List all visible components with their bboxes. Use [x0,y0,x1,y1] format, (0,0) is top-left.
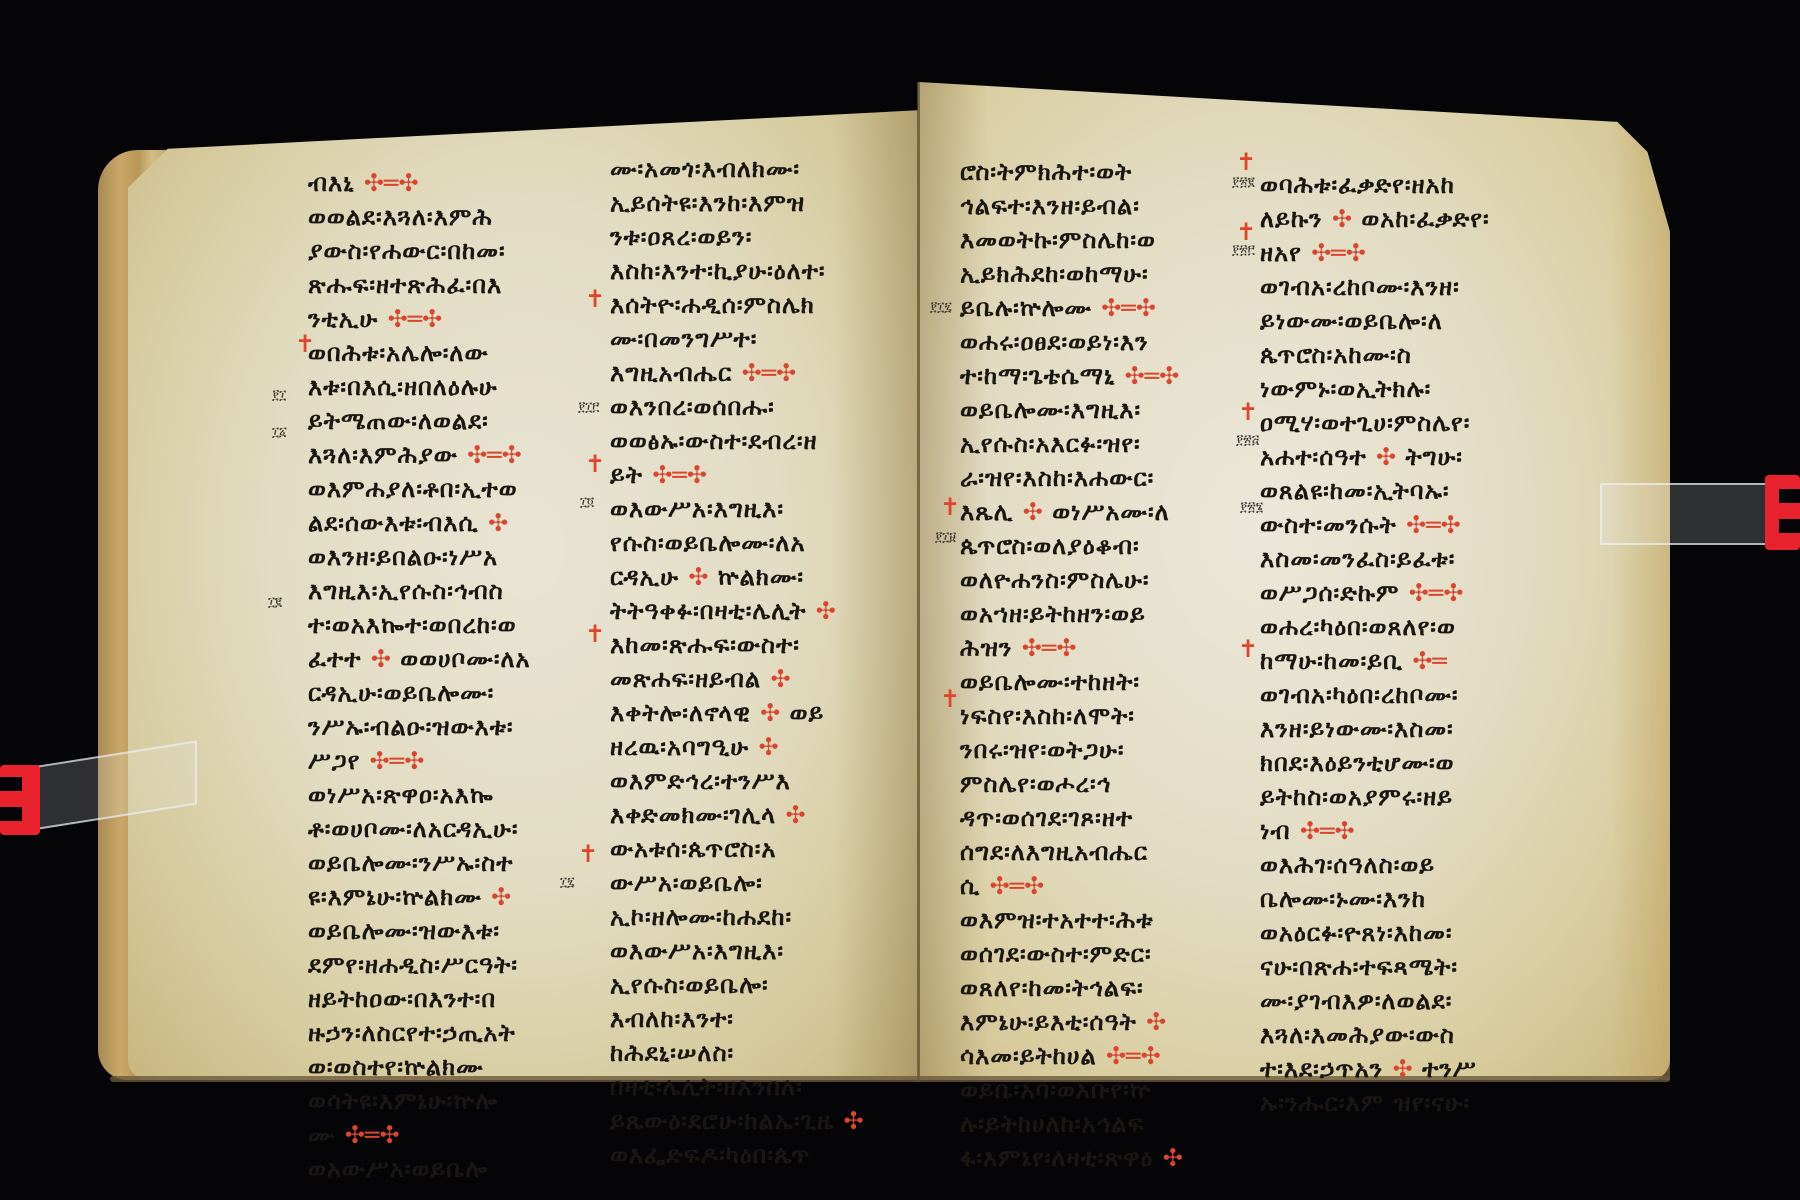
manuscript-text-line: ጴጥሮስ፡አከሙ፡ስ [1260,338,1560,372]
manuscript-text-line: ወእምዝ፡ተአተተ፡ሕቱ [960,903,1260,937]
manuscript-text-line: ወበሕቱ፡አሌሎ፡ለው [308,336,598,370]
manuscript-text-line: ራ፡ዝየ፡እስከ፡እሐውር፡ [960,461,1260,495]
manuscript-text-line: ፋ፡እምኔየ፡ለዛቲ፡ጽዋዕ ✣ [960,1141,1260,1175]
page-holder-clamp-left [0,745,200,835]
manuscript-text-line: ይት ✣═✣ [610,458,910,492]
manuscript-text-line: ይትሜጠው፡ለወልደ፡ [308,404,598,438]
manuscript-text-line: ዙኃን፡ለስርየተ፡ኃጢአት [308,1016,598,1050]
manuscript-text-line: ርዳኢሁ፡ወይቤሎሙ፡ [308,676,598,710]
red-grip [1765,475,1800,550]
margin-numeral: ፻፲፱ [935,530,956,545]
manuscript-text-line: ወእንበረ፡ወሰበሑ፡ [610,390,910,424]
manuscript-text-line: ወእውሥአ፡እግዚእ፡ [610,934,910,968]
manuscript-text-line: ተ፡እደ፡ኃጥአን ✣ ተንሥ [1260,1052,1560,1086]
margin-numeral: ፻፳፮ [1240,500,1263,515]
manuscript-text-line: ወሥጋሰ፡ድኩም ✣═✣ [1260,576,1560,610]
manuscript-text-line: እሰትዮ፡ሐዲሰ፡ምስሌክ [610,288,910,322]
manuscript-text-line: ወጸለየ፡ከመ፡ትኅልፍ፡ [960,971,1260,1005]
margin-numeral: ፲፯ [560,875,575,890]
manuscript-text-line: ነፍስየ፡እስከ፡ለሞት፡ [960,699,1260,733]
manuscript-text-line: ኢይሰትዩ፡እንከ፡እምዝ [610,186,910,220]
manuscript-text-line: ለይኩን ✣ ወአከ፡ፈቃድየ፡ [1260,202,1560,236]
margin-numeral: ፲፬ [580,495,594,510]
margin-numeral: ፲፩ [272,425,287,440]
manuscript-text-line: ይነውሙ፡ወይቤሎ፡ለ [1260,304,1560,338]
manuscript-text-line: ወባሕቱ፡ፈቃድየ፡ዘአከ [1260,168,1560,202]
manuscript-text-line: ብእኒ ✣═✣ [308,166,598,200]
margin-numeral: ፲፪ [268,595,282,610]
manuscript-text-line: በዛቲ፡ሌሊት፡ዘእንበለ፡ [610,1070,910,1104]
manuscript-text-line: እቱ፡በእሲ፡ዘበለዕሉሁ [308,370,598,404]
manuscript-text-line: ንበሩ፡ዝየ፡ወትጋሁ፡ [960,733,1260,767]
margin-numeral: ፻፳፫ [1232,243,1255,258]
manuscript-text-line: ልደ፡ሰውእቱ፡ብእሲ ✣ [308,506,598,540]
manuscript-photo: ብእኒ ✣═✣ወወልደ፡እጓለ፡እምሕያውስ፡የሐውር፡በከመ፡ጽሑፍ፡ዘተጽሕ… [0,0,1800,1200]
manuscript-text-line: ተ፡ከማ፡ጌቴሴማኒ ✣═✣ [960,359,1260,393]
manuscript-text-line: ዘይትከዐው፡በእንተ፡በ [308,982,598,1016]
manuscript-text-line: ወእንዘ፡ይበልዑ፡ነሥአ [308,540,598,574]
manuscript-text-line: እስመ፡መንፈስ፡ይፈቱ፡ [1260,542,1560,576]
manuscript-text-line: ኡ፡ንሑር፡እም ዝየ፡ናሁ፡ [1260,1086,1560,1120]
manuscript-text-line: ትትዓቀፉ፡በዛቲ፡ሌሊት ✣ [610,594,910,628]
manuscript-text-line: ወገብአ፡ካዕበ፡ረከቦሙ፡ [1260,678,1560,712]
manuscript-text-line: ኅልፍተ፡እንዘ፡ይብል፡ [960,189,1260,223]
manuscript-text-line: ወአዕርፉ፡ዮጸነ፡እከመ፡ [1260,916,1560,950]
manuscript-text-line: ወነሥአ፡ጽዋዐ፡አእኰ [308,778,598,812]
manuscript-text-line: ወ፡ወስተየ፡ኵልክሙ [308,1050,598,1084]
manuscript-text-line: ወሰገደ፡ውስተ፡ምድር፡ [960,937,1260,971]
acrylic-slide [38,740,197,829]
manuscript-text-line: ውሥአ፡ወይቤሎ፡ [610,866,910,900]
manuscript-text-line: ውስተ፡መንሱት ✣═✣ [1260,508,1560,542]
manuscript-text-line: እቀትሎ፡ለኖላዊ ✣ ወይ [610,696,910,730]
text-column-3: ሮስ፡ትምክሕተ፡ወትኅልፍተ፡እንዘ፡ይብል፡እመወትኩ፡ምስሌከ፡ወኢይክሕ… [960,155,1260,1175]
manuscript-text-line: ወገብአ፡ረከቦሙ፡እንዘ፡ [1260,270,1560,304]
manuscript-text-line: ሙ ✣═✣ [308,1118,598,1152]
manuscript-text-line: ሳእመ፡ይትከሀል ✣═✣ [960,1039,1260,1073]
manuscript-text-line: ዳጥ፡ወሰገደ፡ገጾ፡ዘተ [960,801,1260,835]
manuscript-text-line: ወለዮሐንስ፡ምስሌሁ፡ [960,563,1260,597]
manuscript-text-line: እቀድመክሙ፡ገሊላ ✣ [610,798,910,832]
manuscript-text-line: ሙ፡በመንግሥተ፡ [610,322,910,356]
manuscript-text-line: እንዘ፡ይነውሙ፡እስመ፡ [1260,712,1560,746]
manuscript-text-line: እግዚእ፡ኢየሱስ፡ኅብስ [308,574,598,608]
manuscript-text-line: ወሐሩ፡ዐፀደ፡ወይነ፡እን [960,325,1260,359]
manuscript-text-line: ወይቤ፡አባ፡ወአቡየ፡ኵ [960,1073,1260,1107]
acrylic-slide [1600,483,1769,545]
manuscript-text-line: እብለከ፡እንተ፡ [610,1002,910,1036]
red-cross-mark: ✝ [940,493,960,521]
manuscript-text-line: ኢየሱስ፡ወይቤሎ፡ [610,968,910,1002]
manuscript-text-line: ወአውሥአ፡ወይቤሎ [308,1152,598,1186]
manuscript-text-line: የሱስ፡ወይቤሎሙ፡ለአ [610,526,910,560]
manuscript-text-line: ርዳኢሁ ✣ ኵልክሙ፡ [610,560,910,594]
manuscript-text-line: ውአቱሰ፡ጴጥሮስ፡አ [610,832,910,866]
manuscript-text-line: ሮስ፡ትምክሕተ፡ወት [960,155,1260,189]
manuscript-text-line: ንሥኡ፡ብልዑ፡ዝውእቱ፡ [308,710,598,744]
manuscript-text-line: ቶ፡ወሀቦሙ፡ለአርዳኢሁ፡ [308,812,598,846]
manuscript-text-line: ኢየሱስ፡አእርፉ፡ዝየ፡ [960,427,1260,461]
manuscript-text-line: ዘረዉ፡አባግዒሁ ✣ [610,730,910,764]
manuscript-text-line: መጽሐፍ፡ዘይብል ✣ [610,662,910,696]
manuscript-text-line: ወጸልዩ፡ከመ፡ኢትባኡ፡ [1260,474,1560,508]
manuscript-text-line: ጴጥሮስ፡ወለያዕቆብ፡ [960,529,1260,563]
red-cross-mark: ✝ [1238,635,1258,663]
margin-numeral: ፻፳፭ [1236,433,1259,448]
red-cross-mark: ✝ [1236,218,1256,246]
manuscript-text-line: ያውስ፡የሐውር፡በከመ፡ [308,234,598,268]
text-column-4: ወባሕቱ፡ፈቃድየ፡ዘአከለይኩን ✣ ወአከ፡ፈቃድየ፡ዘአየ ✣═✣ወገብአ… [1260,168,1560,1120]
manuscript-text-line: እግዚአብሔር ✣═✣ [610,356,910,390]
red-cross-mark: ✝ [940,685,960,713]
red-cross-mark: ✝ [1238,398,1258,426]
manuscript-text-line: ንቲኢሁ ✣═✣ [308,302,598,336]
manuscript-text-line: ፈተተ ✣ ወወሀቦሙ፡ለአ [308,642,598,676]
manuscript-text-line: ኢይክሕደከ፡ወከማሁ፡ [960,257,1260,291]
manuscript-text-line: ሉ፡ይትከሀለከ፡አኅልፍ [960,1107,1260,1141]
manuscript-text-line: እጓለ፡እመሕያው፡ውስ [1260,1018,1560,1052]
manuscript-text-line: ሲ ✣═✣ [960,869,1260,903]
manuscript-text-line: ይጼውዕ፡ደሮሁ፡ከልኤ፡ጊዜ ✣ [610,1104,910,1138]
manuscript-text-line: ወይቤሎሙ፡ተከዘት፡ [960,665,1260,699]
book-spine [917,82,920,1082]
manuscript-text-line: ወይቤሎሙ፡ዝውእቱ፡ [308,914,598,948]
manuscript-text-line: ወወፅኡ፡ውስተ፡ደብረ፡ዘ [610,424,910,458]
manuscript-text-line: ወሳትዩ፡እምኔሁ፡ኵሎ [308,1084,598,1118]
manuscript-text-line: ዘአየ ✣═✣ [1260,236,1560,270]
margin-numeral: ፻፲ [272,388,286,403]
manuscript-text-line: ወእምድኅረ፡ተንሥእ [610,764,910,798]
manuscript-text-line: ጽሑፍ፡ዘተጽሕፈ፡በእ [308,268,598,302]
manuscript-text-line: እመወትኩ፡ምስሌከ፡ወ [960,223,1260,257]
red-cross-mark: ✝ [585,450,605,478]
red-grip [0,765,40,835]
manuscript-text-line: ወወልደ፡እጓለ፡እምሕ [308,200,598,234]
manuscript-text-line: ሥጋየ ✣═✣ [308,744,598,778]
manuscript-text-line: ነብ ✣═✣ [1260,814,1560,848]
manuscript-text-line: እከመ፡ጽሑፍ፡ውስተ፡ [610,628,910,662]
manuscript-text-line: ይትከስ፡ወአያምሩ፡ዘይ [1260,780,1560,814]
red-cross-mark: ✝ [585,620,605,648]
manuscript-text-line: ወእሕገ፡ሰዓለስ፡ወይ [1260,848,1560,882]
manuscript-text-line: ዩ፡እምኔሁ፡ኵልክሙ ✣ [308,880,598,914]
red-cross-mark: ✝ [1236,148,1256,176]
manuscript-text-line: እምኔሁ፡ይእቲ፡ሰዓት ✣ [960,1005,1260,1039]
manuscript-text-line: እጓለ፡እምሕያው ✣═✣ [308,438,598,472]
manuscript-text-line: ሰግደ፡ለእግዚአብሔር [960,835,1260,869]
manuscript-text-line: ይቤሉ፡ኵሎሙ ✣═✣ [960,291,1260,325]
manuscript-text-line: ሙ፡ያገብእዎ፡ለወልደ፡ [1260,984,1560,1018]
manuscript-text-line: እስከ፡እንተ፡ኪያሁ፡ዕለተ፡ [610,254,910,288]
manuscript-text-line: ኢኮ፡ዘሎሙ፡ከሐደከ፡ [610,900,910,934]
manuscript-text-line: ወይቤሎሙ፡ንሥኡ፡ስተ [308,846,598,880]
manuscript-text-line: ወአኀዘ፡ይትከዘን፡ወይ [960,597,1260,631]
manuscript-text-line: ሕዝን ✣═✣ [960,631,1260,665]
page-holder-clamp-right [1600,475,1800,560]
manuscript-text-line: ደምየ፡ዘሐዲስ፡ሥርዓት፡ [308,948,598,982]
manuscript-text-line: ክበደ፡እዕይንቲሆሙ፡ወ [1260,746,1560,780]
manuscript-text-line: ናሁ፡በጽሐ፡ተፍጻሜት፡ [1260,950,1560,984]
manuscript-text-line: አሐተ፡ሰዓተ ✣ ትግሁ፡ [1260,440,1560,474]
manuscript-text-line: ወእውሥአ፡እግዚእ፡ [610,492,910,526]
manuscript-text-line: ከሕደኒ፡ሠለስ፡ [610,1036,910,1070]
text-column-2: ሙ፡አመጎ፡እብለክሙ፡ኢይሰትዩ፡እንከ፡እምዝንቱ፡ዐጸረ፡ወይን፡እስከ፡… [610,152,910,1172]
margin-numeral: ፻፲፫ [578,400,599,415]
text-column-1: ብእኒ ✣═✣ወወልደ፡እጓለ፡እምሕያውስ፡የሐውር፡በከመ፡ጽሑፍ፡ዘተጽሕ… [308,166,598,1186]
manuscript-text-line: ንቱ፡ዐጸረ፡ወይን፡ [610,220,910,254]
manuscript-text-line: ዐሚሃ፡ወተጊሀ፡ምስሌየ፡ [1260,406,1560,440]
manuscript-text-line: ምስሌየ፡ወሖረ፡ኅ [960,767,1260,801]
margin-numeral: ፻፳፪ [1232,175,1255,190]
manuscript-text-line: ወሐረ፡ካዕበ፡ወጸለየ፡ወ [1260,610,1560,644]
manuscript-text-line: ወእፌድፍዶ፡ካዕበ፡ጴጥ [610,1138,910,1172]
manuscript-text-line: እጼሊ ✣ ወነሥአሙ፡ለ [960,495,1260,529]
manuscript-text-line: ነውምኑ፡ወኢትክሉ፡ [1260,372,1560,406]
manuscript-text-line: ተ፡ወአእኰተ፡ወበረከ፡ወ [308,608,598,642]
manuscript-text-line: ሙ፡አመጎ፡እብለክሙ፡ [610,152,910,186]
manuscript-text-line: ወእምሐያለ፡ቶበ፡ኢተወ [308,472,598,506]
manuscript-text-line: ቤሎሙ፡ኑሙ፡እንከ [1260,882,1560,916]
margin-numeral: ፻፲፯ [930,300,952,315]
red-cross-mark: ✝ [585,285,605,313]
red-cross-mark: ✝ [578,840,598,868]
red-cross-mark: ✝ [295,330,315,358]
manuscript-text-line: ወይቤሎሙ፡እግዚእ፡ [960,393,1260,427]
manuscript-text-line: ከማሁ፡ከመ፡ይቢ ✣═ [1260,644,1560,678]
